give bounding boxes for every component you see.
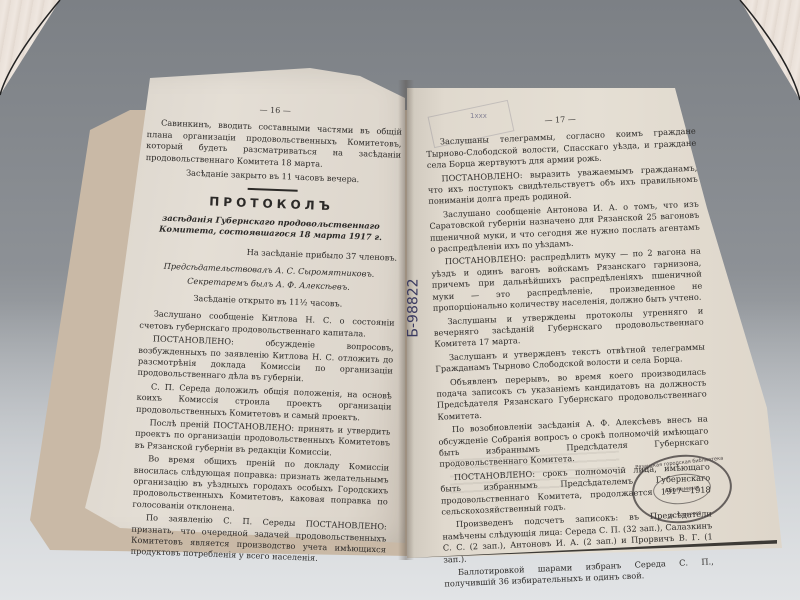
paragraph: Савинкинъ, вводить составными частями въ… [146, 117, 403, 172]
paragraph: ПОСТАНОВЛЕНО: распредѣлить муку — по 2 в… [431, 246, 703, 314]
stamp-center: Абонемент [652, 471, 713, 507]
paragraph: ПОСТАНОВЛЕНО: обсужденіе вопросовъ, возб… [137, 333, 394, 388]
handwritten-inventory-number: Б-98822 [406, 278, 422, 337]
left-page-text: — 16 — Савинкинъ, вводить составными час… [130, 100, 402, 569]
stamp-center-text: Абонемент [664, 484, 699, 495]
paragraph: По заявленію С. П. Середы ПОСТАНОВЛЕНО: … [130, 512, 387, 567]
open-book: — 16 — Савинкинъ, вводить составными час… [0, 0, 800, 600]
divider [247, 188, 297, 192]
paragraph: Во время общихъ преній по докладу Комисс… [132, 453, 389, 520]
protocol-subheading: засѣданія Губернскаго продовольственнаго… [143, 212, 399, 245]
